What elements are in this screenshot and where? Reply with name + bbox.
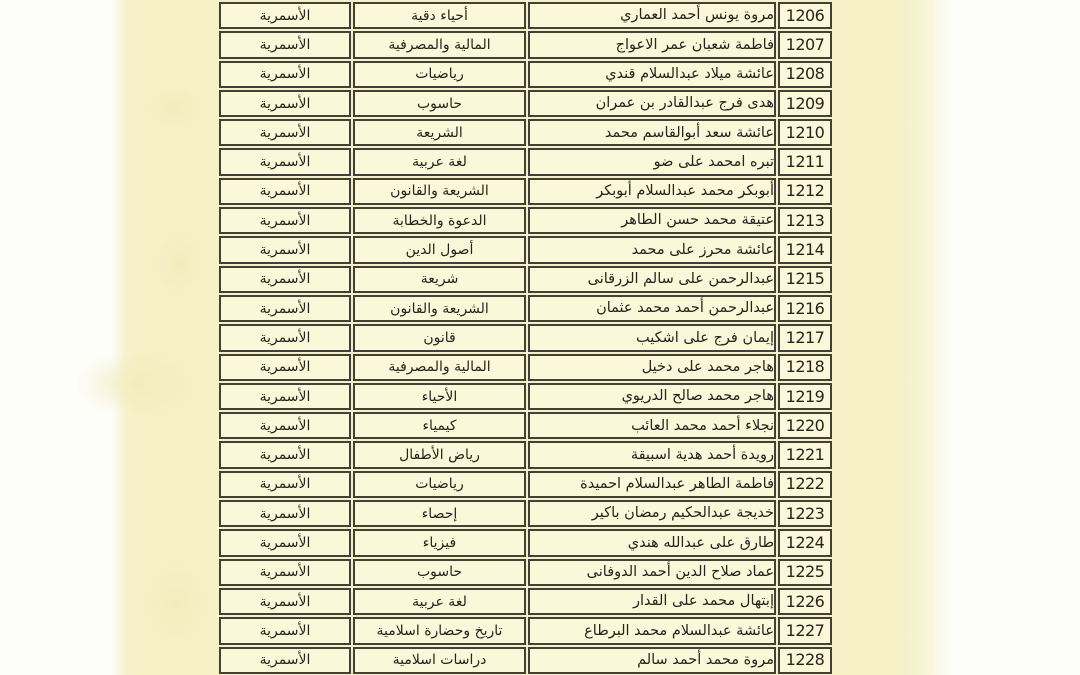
row-number-cell: 1217 <box>778 324 832 351</box>
subject-cell: إحصاء <box>353 500 526 527</box>
student-name-cell: نجلاء أحمد محمد العائب <box>528 412 776 439</box>
row-number-cell: 1215 <box>778 266 832 293</box>
subject-cell: الدعوة والخطابة <box>353 207 526 234</box>
subject-cell: أحياء دقية <box>353 2 526 29</box>
table-row: 1224 طارق على عبدالله هندي فيزياء الأسمر… <box>219 529 832 556</box>
subject-cell: كيمياء <box>353 412 526 439</box>
student-name-cell: إيمان فرج على اشكيب <box>528 324 776 351</box>
university-cell: الأسمرية <box>219 441 351 468</box>
student-name-cell: طارق على عبدالله هندي <box>528 529 776 556</box>
subject-cell: رياض الأطفال <box>353 441 526 468</box>
row-number-cell: 1210 <box>778 119 832 146</box>
row-number-cell: 1213 <box>778 207 832 234</box>
row-number-cell: 1224 <box>778 529 832 556</box>
subject-cell: الشريعة <box>353 119 526 146</box>
university-cell: الأسمرية <box>219 617 351 644</box>
table-row: 1210 عائشة سعد أبوالقاسم محمد الشريعة ال… <box>219 119 832 146</box>
row-number-cell: 1220 <box>778 412 832 439</box>
student-name-cell: رويدة أحمد هدية اسبيقة <box>528 441 776 468</box>
university-cell: الأسمرية <box>219 354 351 381</box>
table-row: 1216 عبدالرحمن أحمد محمد عثمان الشريعة و… <box>219 295 832 322</box>
university-cell: الأسمرية <box>219 412 351 439</box>
row-number-cell: 1222 <box>778 471 832 498</box>
student-name-cell: مروة محمد أحمد سالم <box>528 647 776 674</box>
university-cell: الأسمرية <box>219 148 351 175</box>
table-row: 1217 إيمان فرج على اشكيب قانون الأسمرية <box>219 324 832 351</box>
university-cell: الأسمرية <box>219 178 351 205</box>
university-cell: الأسمرية <box>219 31 351 58</box>
university-cell: الأسمرية <box>219 647 351 674</box>
subject-cell: الشريعة والقانون <box>353 178 526 205</box>
table-row: 1223 خديجة عبدالحكيم رمضان باكير إحصاء ا… <box>219 500 832 527</box>
table-row: 1225 عماد صلاح الدين أحمد الدوفانى حاسوب… <box>219 559 832 586</box>
subject-cell: حاسوب <box>353 90 526 117</box>
student-name-cell: خديجة عبدالحكيم رمضان باكير <box>528 500 776 527</box>
student-name-cell: عبدالرحمن أحمد محمد عثمان <box>528 295 776 322</box>
subject-cell: لغة عربية <box>353 588 526 615</box>
university-cell: الأسمرية <box>219 383 351 410</box>
student-name-cell: هاجر محمد صالح الدريوي <box>528 383 776 410</box>
table-row: 1221 رويدة أحمد هدية اسبيقة رياض الأطفال… <box>219 441 832 468</box>
row-number-cell: 1227 <box>778 617 832 644</box>
row-number-cell: 1209 <box>778 90 832 117</box>
university-cell: الأسمرية <box>219 529 351 556</box>
row-number-cell: 1206 <box>778 2 832 29</box>
table-row: 1228 مروة محمد أحمد سالم دراسات اسلامية … <box>219 647 832 674</box>
university-cell: الأسمرية <box>219 295 351 322</box>
subject-cell: فيزياء <box>353 529 526 556</box>
table-row: 1222 فاطمة الطاهر عبدالسلام احميدة رياضي… <box>219 471 832 498</box>
row-number-cell: 1219 <box>778 383 832 410</box>
table-row: 1208 عائشة ميلاد عبدالسلام قندي رياضيات … <box>219 61 832 88</box>
student-name-cell: فاطمة شعبان عمر الاعواج <box>528 31 776 58</box>
student-name-cell: هدى فرج عبدالقادر بن عمران <box>528 90 776 117</box>
table-row: 1218 هاجر محمد على دخيل المالية والمصرفي… <box>219 354 832 381</box>
subject-cell: الشريعة والقانون <box>353 295 526 322</box>
row-number-cell: 1214 <box>778 236 832 263</box>
university-cell: الأسمرية <box>219 471 351 498</box>
university-cell: الأسمرية <box>219 588 351 615</box>
university-cell: الأسمرية <box>219 324 351 351</box>
student-name-cell: عائشة سعد أبوالقاسم محمد <box>528 119 776 146</box>
table-row: 1226 إبتهال محمد على القدار لغة عربية ال… <box>219 588 832 615</box>
subject-cell: المالية والمصرفية <box>353 31 526 58</box>
row-number-cell: 1216 <box>778 295 832 322</box>
subject-cell: أصول الدين <box>353 236 526 263</box>
subject-cell: حاسوب <box>353 559 526 586</box>
table-row: 1211 تبره امحمد على ضو لغة عربية الأسمري… <box>219 148 832 175</box>
students-table-body: 1206 مروة يونس أحمد العماري أحياء دقية ا… <box>219 2 832 674</box>
table-row: 1215 عبدالرحمن على سالم الزرقانى شريعة ا… <box>219 266 832 293</box>
table-row: 1212 أبوبكر محمد عبدالسلام أبوبكر الشريع… <box>219 178 832 205</box>
row-number-cell: 1212 <box>778 178 832 205</box>
university-cell: الأسمرية <box>219 119 351 146</box>
subject-cell: رياضيات <box>353 61 526 88</box>
table-row: 1227 عائشة عبدالسلام محمد البرطاع تاريخ … <box>219 617 832 644</box>
table-row: 1213 عتيقة محمد حسن الطاهر الدعوة والخطا… <box>219 207 832 234</box>
student-name-cell: تبره امحمد على ضو <box>528 148 776 175</box>
subject-cell: دراسات اسلامية <box>353 647 526 674</box>
university-cell: الأسمرية <box>219 207 351 234</box>
subject-cell: الأحياء <box>353 383 526 410</box>
table-row: 1219 هاجر محمد صالح الدريوي الأحياء الأس… <box>219 383 832 410</box>
row-number-cell: 1207 <box>778 31 832 58</box>
university-cell: الأسمرية <box>219 2 351 29</box>
subject-cell: شريعة <box>353 266 526 293</box>
table-row: 1206 مروة يونس أحمد العماري أحياء دقية ا… <box>219 2 832 29</box>
table-row: 1220 نجلاء أحمد محمد العائب كيمياء الأسم… <box>219 412 832 439</box>
subject-cell: تاريخ وحضارة اسلامية <box>353 617 526 644</box>
student-name-cell: عائشة محرز على محمد <box>528 236 776 263</box>
row-number-cell: 1226 <box>778 588 832 615</box>
row-number-cell: 1211 <box>778 148 832 175</box>
table-row: 1214 عائشة محرز على محمد أصول الدين الأس… <box>219 236 832 263</box>
university-cell: الأسمرية <box>219 500 351 527</box>
university-cell: الأسمرية <box>219 90 351 117</box>
university-cell: الأسمرية <box>219 266 351 293</box>
university-cell: الأسمرية <box>219 559 351 586</box>
student-name-cell: عماد صلاح الدين أحمد الدوفانى <box>528 559 776 586</box>
student-name-cell: عائشة ميلاد عبدالسلام قندي <box>528 61 776 88</box>
student-name-cell: إبتهال محمد على القدار <box>528 588 776 615</box>
table-row: 1209 هدى فرج عبدالقادر بن عمران حاسوب ال… <box>219 90 832 117</box>
row-number-cell: 1218 <box>778 354 832 381</box>
student-name-cell: فاطمة الطاهر عبدالسلام احميدة <box>528 471 776 498</box>
university-cell: الأسمرية <box>219 236 351 263</box>
subject-cell: المالية والمصرفية <box>353 354 526 381</box>
university-cell: الأسمرية <box>219 61 351 88</box>
student-name-cell: أبوبكر محمد عبدالسلام أبوبكر <box>528 178 776 205</box>
row-number-cell: 1223 <box>778 500 832 527</box>
row-number-cell: 1221 <box>778 441 832 468</box>
subject-cell: رياضيات <box>353 471 526 498</box>
student-name-cell: عائشة عبدالسلام محمد البرطاع <box>528 617 776 644</box>
row-number-cell: 1228 <box>778 647 832 674</box>
student-name-cell: عبدالرحمن على سالم الزرقانى <box>528 266 776 293</box>
scanned-document-page: 1206 مروة يونس أحمد العماري أحياء دقية ا… <box>0 0 1080 675</box>
subject-cell: لغة عربية <box>353 148 526 175</box>
student-name-cell: مروة يونس أحمد العماري <box>528 2 776 29</box>
student-name-cell: عتيقة محمد حسن الطاهر <box>528 207 776 234</box>
row-number-cell: 1225 <box>778 559 832 586</box>
table-row: 1207 فاطمة شعبان عمر الاعواج المالية وال… <box>219 31 832 58</box>
student-name-cell: هاجر محمد على دخيل <box>528 354 776 381</box>
students-table: 1206 مروة يونس أحمد العماري أحياء دقية ا… <box>217 0 834 675</box>
subject-cell: قانون <box>353 324 526 351</box>
row-number-cell: 1208 <box>778 61 832 88</box>
